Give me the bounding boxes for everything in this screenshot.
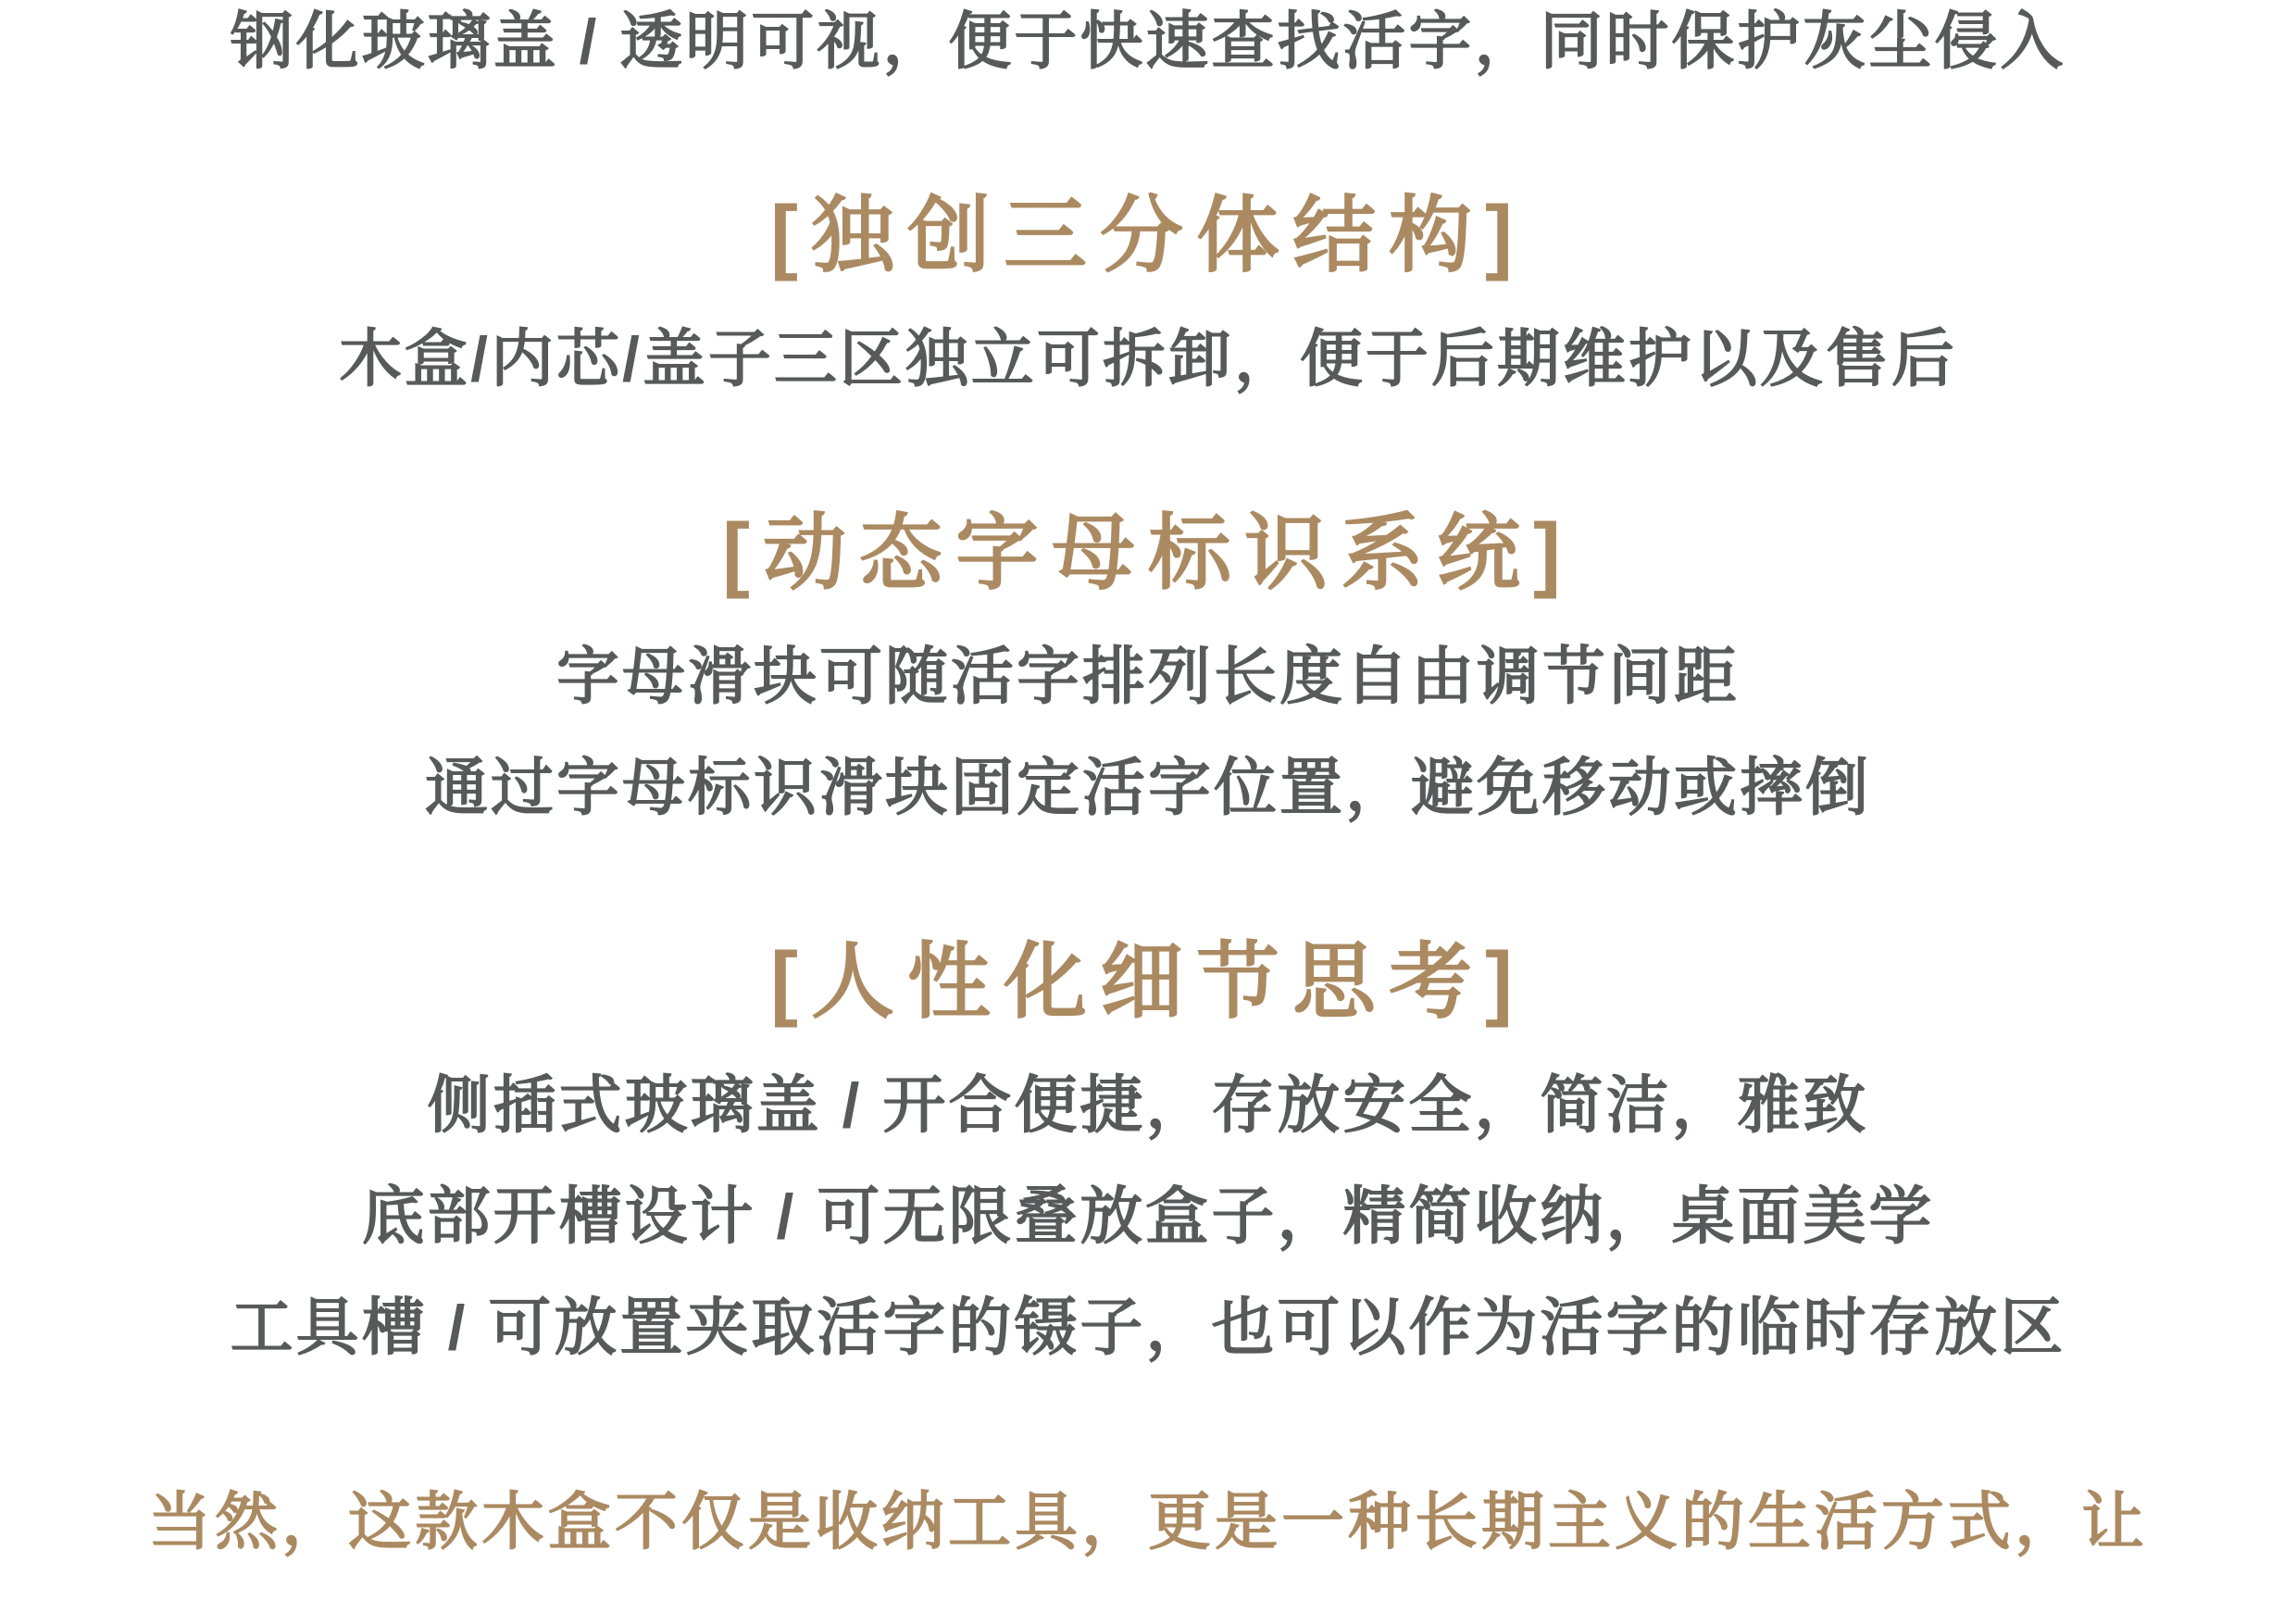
section-line-slider-adjustable: 字母滑块可随活字排列长度自由调节间距 [0,643,2296,711]
section-line-slider-fixing: 通过字母标识滑块固定活字位置，避免移动或摔倒 [0,754,2296,822]
section-heading-tripartite-structure: [独创三分体结构] [0,190,2296,282]
section-line-tool-slot: 工具槽 / 可放置夹取活字的镊子，也可以作为活字的临时存放区 [0,1294,2296,1362]
closing-statement: 当然，这款木盒不仅是收纳工具，更是一种长期主义的生活方式，让 [0,1488,2296,1556]
section-heading-humanized-details: [人性化细节思考] [0,936,2296,1029]
section-line-side-insert-glass: 侧插式玻璃盖 / 开合便捷，存放安全，简洁，雅致 [0,1071,2296,1140]
section-line-bottom-groove: 底部开槽设计 / 可无限叠放盒子，精简收纳，桌面美学 [0,1182,2296,1251]
section-line-detachable-parts: 木盒/内芯/盖子三区独立可拆卸，便于后期维护以及售后 [0,325,2296,394]
section-tripartite-structure: [独创三分体结构] 木盒/内芯/盖子三区独立可拆卸，便于后期维护以及售后 [0,190,2296,394]
section-heading-letter-marking-system: [动态字母标识系统] [0,507,2296,600]
product-description-page: 钢化玻璃盖 / 透明可视，便于快速查找活字，同时保护灰尘侵入 [独创三分体结构]… [0,7,2296,1600]
section-letter-marking-system: [动态字母标识系统] 字母滑块可随活字排列长度自由调节间距 通过字母标识滑块固定… [0,507,2296,822]
section-humanized-details: [人性化细节思考] 侧插式玻璃盖 / 开合便捷，存放安全，简洁，雅致 底部开槽设… [0,936,2296,1362]
feature-line-glass-cover: 钢化玻璃盖 / 透明可视，便于快速查找活字，同时保护灰尘侵入 [0,7,2296,76]
